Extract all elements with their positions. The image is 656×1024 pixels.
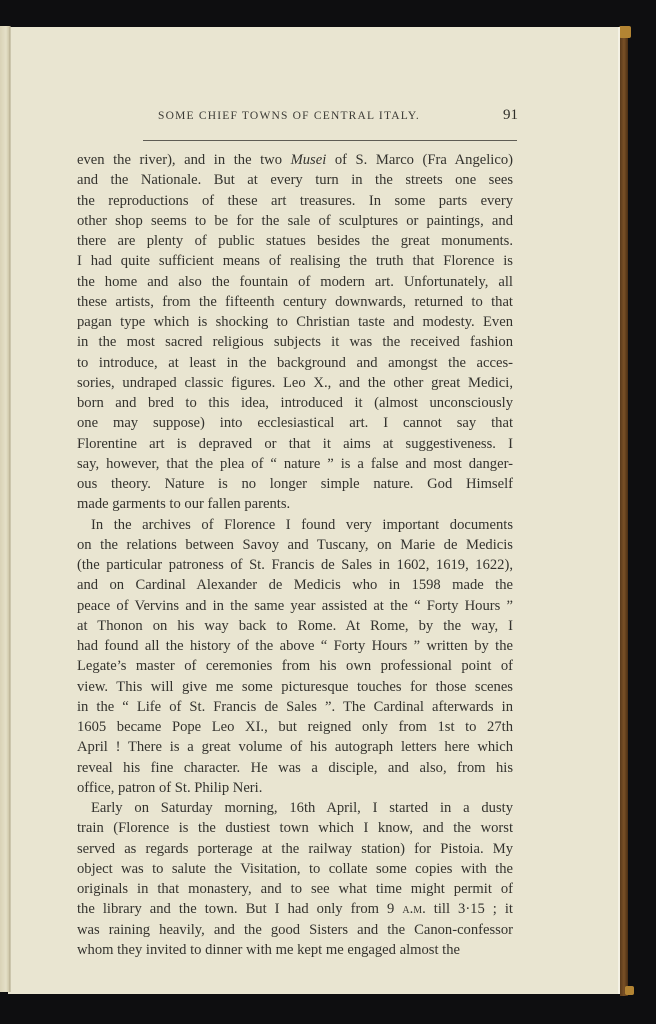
text-line: In the archives of Florence I found very…: [77, 515, 513, 535]
small-caps-abbrev: a.m.: [402, 901, 425, 917]
book-scan: SOME CHIEF TOWNS OF CENTRAL ITALY. 91 ev…: [0, 0, 656, 1024]
header-rule: [143, 140, 517, 141]
text-line: served as regards porterage at the railw…: [77, 839, 513, 859]
text-line: I had quite sufficient means of realisin…: [77, 251, 513, 271]
text-line: the reproductions of these art treasures…: [77, 191, 513, 211]
text-line: made garments to our fallen parents.: [77, 494, 513, 514]
text-line: originals in that monastery, and to see …: [77, 879, 513, 899]
text-line: born and bred to this idea, introduced i…: [77, 393, 513, 413]
text-line: train (Florence is the dustiest town whi…: [77, 818, 513, 838]
text-line: Florentine art is depraved or that it ai…: [77, 434, 513, 454]
text-line: ous theory. Nature is no longer simple n…: [77, 474, 513, 494]
text-line: and the Nationale. But at every turn in …: [77, 170, 513, 190]
binding-corner-bottom: [625, 986, 634, 995]
text-line: in the most sacred religious subjects it…: [77, 332, 513, 352]
paragraph: even the river), and in the two Musei of…: [77, 150, 513, 515]
binding-corner-top: [619, 26, 631, 38]
text-line: even the river), and in the two Musei of…: [77, 150, 513, 170]
text-line: the library and the town. But I had only…: [77, 899, 513, 919]
text-line: (the particular patroness of St. Francis…: [77, 555, 513, 575]
text-line: other shop seems to be for the sale of s…: [77, 211, 513, 231]
paragraph: Early on Saturday morning, 16th April, I…: [77, 798, 513, 960]
text-line: Early on Saturday morning, 16th April, I…: [77, 798, 513, 818]
text-line: whom they invited to dinner with me kept…: [77, 940, 513, 960]
text-line: in the “ Life of St. Francis de Sales ”.…: [77, 697, 513, 717]
text-line: say, however, that the plea of “ nature …: [77, 454, 513, 474]
text-line: sories, undraped classic figures. Leo X.…: [77, 373, 513, 393]
text-line: Legate’s master of ceremonies from his o…: [77, 656, 513, 676]
text-line: pagan type which is shocking to Christia…: [77, 312, 513, 332]
text-line: view. This will give me some picturesque…: [77, 677, 513, 697]
book-spine-edge: [620, 26, 628, 996]
text-line: office, patron of St. Philip Neri.: [77, 778, 513, 798]
body-text: even the river), and in the two Musei of…: [77, 150, 513, 960]
paragraph: In the archives of Florence I found very…: [77, 515, 513, 799]
page-number: 91: [503, 107, 518, 124]
text-line: peace of Vervins and in the same year as…: [77, 596, 513, 616]
text-line: one may suppose) into ecclesiastical art…: [77, 413, 513, 433]
text-line: April ! There is a great volume of his a…: [77, 737, 513, 757]
text-line: object was to salute the Visitation, to …: [77, 859, 513, 879]
text-line: reveal his fine character. He was a disc…: [77, 758, 513, 778]
text-line: there are plenty of public statues besid…: [77, 231, 513, 251]
italic-word: Musei: [291, 152, 327, 168]
text-line: had found all the history of the above “…: [77, 636, 513, 656]
text-line: these artists, from the fifteenth centur…: [77, 292, 513, 312]
running-head: SOME CHIEF TOWNS OF CENTRAL ITALY.: [158, 110, 488, 122]
text-line: was raining heavily, and the good Sister…: [77, 920, 513, 940]
text-line: at Thonon on his way back to Rome. At Ro…: [77, 616, 513, 636]
text-line: and on Cardinal Alexander de Medicis who…: [77, 575, 513, 595]
text-line: on the relations between Savoy and Tusca…: [77, 535, 513, 555]
text-line: the home and also the fountain of modern…: [77, 272, 513, 292]
text-line: 1605 became Pope Leo XI., but reigned on…: [77, 717, 513, 737]
text-line: to introduce, at least in the background…: [77, 353, 513, 373]
gutter-shadow: [9, 26, 11, 992]
